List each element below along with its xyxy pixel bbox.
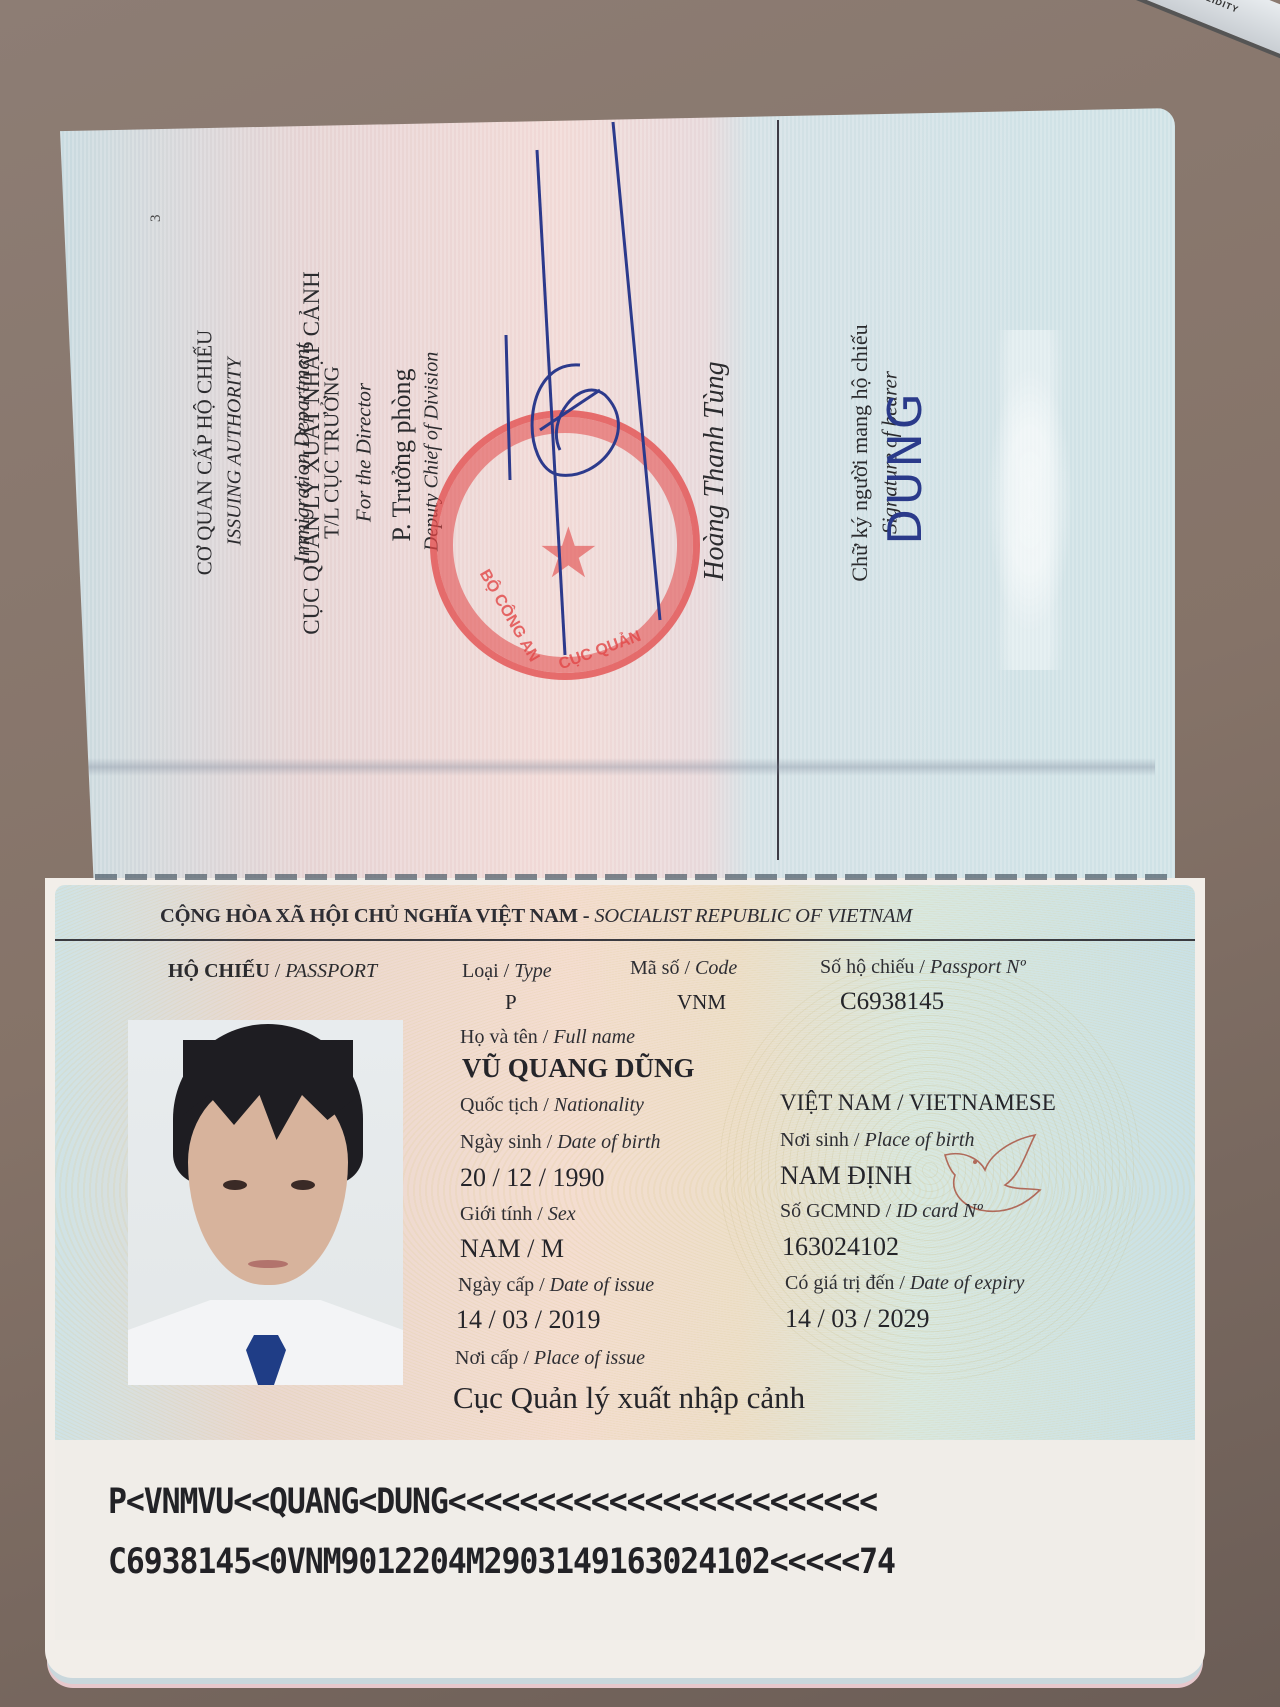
mrz-zone bbox=[55, 1440, 1195, 1640]
passport-no-label: Số hộ chiếu / Passport Nº bbox=[820, 956, 1026, 979]
department-en: Immigration Department bbox=[289, 233, 315, 673]
holder-photo bbox=[128, 1020, 403, 1385]
place-of-issue-value: Cục Quản lý xuất nhập cảnh bbox=[453, 1380, 805, 1416]
doc-title-vn: HỘ CHIẾU bbox=[168, 960, 270, 982]
stamp-text-1: BỘ CÔNG AN bbox=[475, 567, 542, 666]
date-of-expiry-label: Có giá trị đến / Date of expiry bbox=[785, 1272, 1024, 1295]
bearer-signature-label-vn: Chữ ký người mang hộ chiếu bbox=[847, 243, 873, 663]
signer-title-en: Deputy Chief of Division bbox=[421, 232, 444, 672]
code-value: VNM bbox=[677, 990, 726, 1015]
dob-value: 20 / 12 / 1990 bbox=[460, 1163, 604, 1193]
signer-title-vn: P. Trưởng phòng bbox=[387, 235, 417, 675]
page-number: 3 bbox=[148, 215, 165, 223]
nationality-label: Quốc tịch / Nationality bbox=[460, 1094, 644, 1117]
full-name-label: Họ và tên / Full name bbox=[460, 1026, 635, 1049]
sex-value: NAM / M bbox=[460, 1234, 564, 1264]
official-stamp: BỘ CÔNG AN CỤC QUẢN bbox=[430, 410, 700, 680]
mrz-line-1: P<VNMVU<<QUANG<DUNG<<<<<<<<<<<<<<<<<<<<<… bbox=[108, 1482, 877, 1522]
header-rule bbox=[55, 939, 1195, 941]
date-of-issue-value: 14 / 03 / 2019 bbox=[456, 1305, 600, 1335]
for-director-vn: T/L CỤC TRƯỞNG bbox=[320, 233, 345, 673]
for-director-en: For the Director bbox=[352, 233, 377, 673]
country-header: CỘNG HÒA XÃ HỘI CHỦ NGHĨA VIỆT NAM - SOC… bbox=[160, 905, 912, 928]
place-of-birth-value: NAM ĐỊNH bbox=[780, 1161, 912, 1191]
code-label: Mã số / Code bbox=[630, 957, 737, 980]
place-of-issue-label: Nơi cấp / Place of issue bbox=[455, 1347, 645, 1370]
id-card-value: 163024102 bbox=[782, 1232, 899, 1262]
background-card: VALIDITY bbox=[1118, 0, 1280, 68]
type-value: P bbox=[505, 990, 517, 1015]
sex-label: Giới tính / Sex bbox=[460, 1203, 576, 1226]
full-name-value: VŨ QUANG DŨNG bbox=[462, 1053, 695, 1084]
card-text: VALIDITY bbox=[1192, 0, 1241, 15]
country-header-en: SOCIALIST REPUBLIC OF VIETNAM bbox=[594, 905, 912, 927]
issuing-authority-vn: CƠ QUAN CẤP HỘ CHIẾU bbox=[193, 233, 218, 673]
dob-label: Ngày sinh / Date of birth bbox=[460, 1131, 661, 1154]
passport-no-value: C6938145 bbox=[840, 988, 944, 1016]
type-label: Loại / Type bbox=[462, 960, 552, 983]
mrz-line-2: C6938145<0VNM9012204M2903149163024102<<<… bbox=[108, 1542, 895, 1582]
doc-title-en: PASSPORT bbox=[285, 960, 377, 982]
country-header-vn: CỘNG HÒA XÃ HỘI CHỦ NGHĨA VIỆT NAM - bbox=[160, 905, 594, 927]
place-of-birth-label: Nơi sinh / Place of birth bbox=[780, 1129, 974, 1152]
lotus-ornament-icon bbox=[975, 330, 1085, 670]
date-of-expiry-value: 14 / 03 / 2029 bbox=[785, 1304, 929, 1334]
date-of-issue-label: Ngày cấp / Date of issue bbox=[458, 1274, 654, 1297]
issuing-authority-en: ISSUING AUTHORITY bbox=[224, 232, 247, 672]
document-title: HỘ CHIẾU / PASSPORT bbox=[168, 960, 377, 983]
nationality-value: VIỆT NAM / VIETNAMESE bbox=[780, 1090, 1056, 1116]
signer-name: Hoàng Thanh Tùng bbox=[699, 271, 731, 671]
page-band bbox=[80, 758, 1155, 776]
page-divider-line bbox=[777, 120, 779, 860]
bearer-signature: DUNG bbox=[878, 367, 932, 567]
page-perforation bbox=[95, 874, 1175, 880]
id-card-label: Số GCMND / ID card Nº bbox=[780, 1200, 983, 1223]
